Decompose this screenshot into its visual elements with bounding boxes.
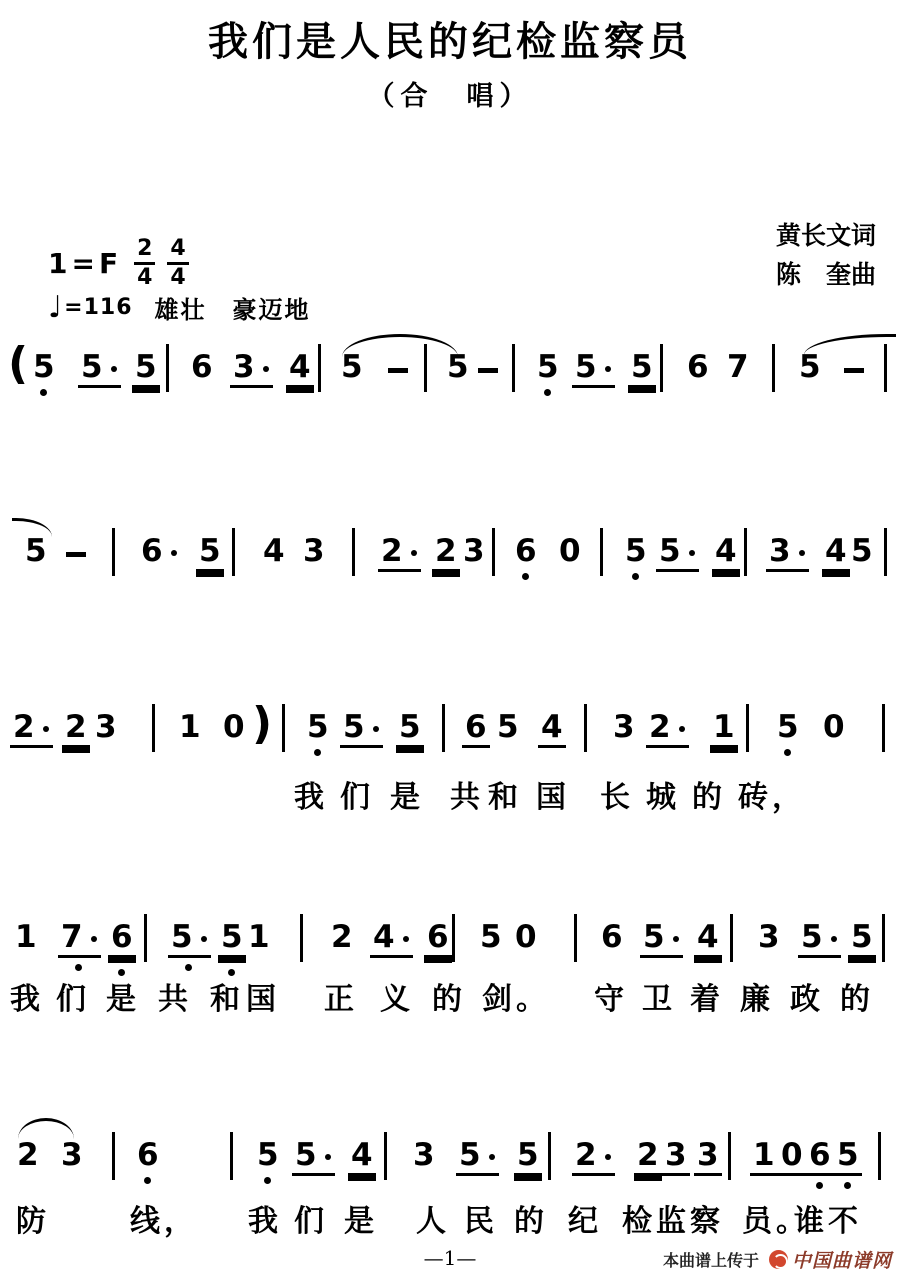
lyric-syllable: 们 [294, 1196, 328, 1240]
note-glyph: 6 [465, 712, 487, 743]
note-6: 6 [138, 536, 181, 569]
duration-dash [66, 552, 86, 557]
lyric-syllable: 是 [390, 772, 424, 816]
lyric-syllable: 廉 [740, 974, 774, 1018]
lyric-syllable: 长 [600, 772, 634, 816]
barline [384, 1132, 387, 1180]
note-3: 3 [300, 536, 328, 569]
barline [548, 1132, 551, 1180]
note-glyph: 6 [427, 922, 449, 953]
note-glyph: 6 [687, 352, 709, 383]
note-glyph: 2 [381, 536, 403, 567]
song-subtitle: （合 唱） [0, 74, 900, 113]
note-3: 3 [410, 1140, 438, 1173]
note-glyph: 5 [199, 536, 221, 567]
note-4: 4 [348, 1140, 376, 1176]
note-glyph: 4 [697, 922, 719, 953]
note-glyph: 7 [61, 922, 83, 953]
barline [730, 914, 733, 962]
note-5: 5 [534, 352, 562, 385]
note-4: 4 [712, 536, 740, 572]
note-4: 4 [822, 536, 850, 572]
note-glyph: 3 [61, 1140, 83, 1171]
barline [112, 1132, 115, 1180]
augmentation-dot [111, 366, 117, 372]
augmentation-dot [605, 366, 611, 372]
quarter-note-icon: ♩ [48, 290, 62, 325]
note-1: 1 [750, 1140, 778, 1176]
tie-arc [342, 334, 458, 357]
note-5: 5 [218, 922, 246, 958]
lyric-syllable: 国 [246, 974, 280, 1018]
note-glyph: 1 [713, 712, 735, 743]
tempo-bpm: =116 [64, 295, 132, 320]
note-0: 0 [220, 712, 248, 745]
augmentation-dot [689, 550, 695, 556]
augmentation-dot [171, 550, 177, 556]
note-6: 6 [134, 1140, 162, 1173]
note-glyph: 3 [665, 1140, 687, 1171]
note-glyph: 5 [631, 352, 653, 383]
song-title: 我们是人民的纪检监察员 [0, 10, 900, 67]
composer-credit: 陈 奎曲 [776, 255, 876, 294]
note-glyph: 5 [837, 1140, 859, 1171]
note-1: 1 [245, 922, 273, 955]
music-line-3: 22310)55565432150 [0, 698, 900, 770]
barline [230, 1132, 233, 1180]
key-signature: 1=F [48, 247, 122, 280]
lyric-syllable: 的 [432, 974, 466, 1018]
note-2: 2 [378, 536, 421, 572]
barline [492, 528, 495, 576]
lyric-syllable: 和 [210, 974, 244, 1018]
note-glyph: 2 [17, 1140, 39, 1171]
augmentation-dot [201, 936, 207, 942]
barline [452, 914, 455, 962]
note-6: 6 [108, 922, 136, 958]
note-glyph: 2 [637, 1140, 659, 1171]
barline [144, 914, 147, 962]
note-5: 5 [514, 1140, 542, 1176]
note-5: 5 [30, 352, 58, 385]
note-glyph: 6 [141, 536, 163, 567]
duration-dash [844, 368, 864, 373]
barline [512, 344, 515, 392]
note-glyph: 3 [769, 536, 791, 567]
note-glyph: 4 [715, 536, 737, 567]
lyric-syllable: 国 [536, 772, 570, 816]
note-3: 3 [230, 352, 273, 388]
note-glyph: 4 [825, 536, 847, 567]
note-6: 6 [188, 352, 216, 385]
note-glyph: 6 [191, 352, 213, 383]
note-glyph: 2 [435, 536, 457, 567]
note-5: 5 [796, 352, 824, 385]
note-6: 6 [684, 352, 712, 385]
low-octave-dot [522, 573, 529, 580]
note-glyph: 5 [25, 536, 47, 567]
lyric-syllable: 的 [692, 772, 726, 816]
note-5: 5 [572, 352, 615, 388]
note-5: 5 [132, 352, 160, 388]
barline [660, 344, 663, 392]
note-glyph: 5 [659, 536, 681, 567]
note-glyph: 2 [575, 1140, 597, 1171]
note-glyph: 4 [351, 1140, 373, 1171]
note-glyph: 5 [33, 352, 55, 383]
time-signature-2-denominator: 4 [167, 265, 188, 289]
barline [882, 914, 885, 962]
lyric-syllable: 的 [514, 1196, 548, 1240]
note-3: 3 [460, 536, 488, 569]
note-glyph: 5 [399, 712, 421, 743]
barline [166, 344, 169, 392]
lyric-syllable: 线， [130, 1196, 198, 1240]
low-octave-dot [816, 1182, 823, 1189]
note-glyph: 4 [263, 536, 285, 567]
augmentation-dot [831, 936, 837, 942]
note-glyph: 5 [81, 352, 103, 383]
note-4: 4 [370, 922, 413, 958]
duration-dash [388, 368, 408, 373]
lyric-syllable: 守 [594, 974, 628, 1018]
barline [878, 1132, 881, 1180]
time-signature-1: 2 4 [134, 238, 155, 289]
paren: ( [8, 342, 28, 386]
note-5: 5 [622, 536, 650, 569]
note-3: 3 [92, 712, 120, 745]
augmentation-dot [799, 550, 805, 556]
note-4: 4 [260, 536, 288, 569]
lyric-syllable: 我 [10, 974, 44, 1018]
note-0: 0 [820, 712, 848, 745]
note-glyph: 5 [295, 1140, 317, 1171]
note-5: 5 [848, 922, 876, 958]
lyric-syllable: 我 [248, 1196, 282, 1240]
note-7: 7 [724, 352, 752, 385]
note-5: 5 [640, 922, 683, 958]
barline [584, 704, 587, 752]
lyric-syllable: 我 [294, 772, 328, 816]
lyric-syllable: 们 [56, 974, 90, 1018]
note-glyph: 5 [221, 922, 243, 953]
augmentation-dot [411, 550, 417, 556]
time-signature-2: 4 4 [167, 238, 188, 289]
note-0: 0 [512, 922, 540, 955]
note-glyph: 1 [248, 922, 270, 953]
tie-arc [18, 1118, 74, 1139]
note-glyph: 1 [753, 1140, 775, 1171]
note-2: 2 [634, 1140, 662, 1176]
augmentation-dot [263, 366, 269, 372]
tie-arc [12, 518, 52, 537]
lyric-syllable: 检监察 [622, 1196, 724, 1240]
lyrics-line-2: 我们是共和国正义的剑。守卫着廉政的 [0, 974, 900, 1018]
augmentation-dot [373, 726, 379, 732]
note-3: 3 [610, 712, 638, 745]
barline [318, 344, 321, 392]
lyric-syllable: 城 [646, 772, 680, 816]
low-octave-dot [784, 749, 791, 756]
note-5: 5 [834, 1140, 862, 1176]
music-line-1: (55563455555675 [0, 338, 900, 410]
low-octave-dot [40, 389, 47, 396]
note-glyph: 2 [13, 712, 35, 743]
score-page: 我们是人民的纪检监察员 （合 唱） 黄长文词 陈 奎曲 1=F 2 4 4 4 … [0, 0, 900, 1277]
note-3: 3 [58, 1140, 86, 1173]
tie-arc [804, 334, 896, 355]
note-glyph: 2 [331, 922, 353, 953]
note-5: 5 [254, 1140, 282, 1173]
note-glyph: 0 [223, 712, 245, 743]
lyric-syllable: 人 [416, 1196, 450, 1240]
lyric-syllable: 的 [840, 974, 874, 1018]
low-octave-dot [75, 964, 82, 971]
note-2: 2 [62, 712, 90, 748]
note-glyph: 5 [171, 922, 193, 953]
note-1: 1 [710, 712, 738, 748]
note-3: 3 [766, 536, 809, 572]
note-glyph: 4 [373, 922, 395, 953]
note-2: 2 [10, 712, 53, 748]
note-5: 5 [292, 1140, 335, 1176]
low-octave-dot [185, 964, 192, 971]
note-glyph: 5 [777, 712, 799, 743]
note-6: 6 [424, 922, 452, 958]
note-glyph: 0 [781, 1140, 803, 1171]
lyric-syllable: 共 [158, 974, 192, 1018]
augmentation-dot [43, 726, 49, 732]
note-5: 5 [456, 1140, 499, 1176]
note-2: 2 [328, 922, 356, 955]
note-4: 4 [694, 922, 722, 958]
note-6: 6 [512, 536, 540, 569]
lyric-syllable: 和 [488, 772, 522, 816]
note-5: 5 [774, 712, 802, 745]
upload-note: 本曲谱上传于 [663, 1248, 759, 1271]
note-glyph: 5 [497, 712, 519, 743]
barline [112, 528, 115, 576]
note-3: 3 [694, 1140, 722, 1176]
note-5: 5 [656, 536, 699, 572]
note-5: 5 [848, 536, 876, 569]
note-glyph: 0 [515, 922, 537, 953]
lyrics-line-1: 我们是共和国长城的砖， [0, 772, 900, 816]
note-glyph: ) [252, 702, 272, 746]
note-glyph: 5 [643, 922, 665, 953]
note-5: 5 [168, 922, 211, 958]
lyric-syllable: 剑。 [482, 974, 550, 1018]
note-glyph: 6 [809, 1140, 831, 1171]
note-6: 6 [598, 922, 626, 955]
time-signature-1-denominator: 4 [134, 265, 155, 289]
lyric-syllable: 砖， [738, 772, 806, 816]
lyric-syllable: 是 [344, 1196, 378, 1240]
note-glyph: 2 [649, 712, 671, 743]
lyric-syllable: 纪 [568, 1196, 602, 1240]
note-3: 3 [755, 922, 783, 955]
note-2: 2 [14, 1140, 42, 1173]
augmentation-dot [489, 1154, 495, 1160]
note-glyph: 5 [851, 922, 873, 953]
note-glyph: 3 [697, 1140, 719, 1171]
note-5: 5 [22, 536, 50, 569]
note-3: 3 [662, 1140, 690, 1176]
barline [728, 1132, 731, 1180]
credits: 黄长文词 陈 奎曲 [776, 216, 876, 294]
barline [772, 344, 775, 392]
lyric-syllable: 是 [106, 974, 140, 1018]
note-2: 2 [432, 536, 460, 572]
note-glyph: 5 [307, 712, 329, 743]
note-2: 2 [646, 712, 689, 748]
barline [300, 914, 303, 962]
time-signature-1-numerator: 2 [134, 238, 155, 265]
note-2: 2 [572, 1140, 615, 1176]
barline [746, 704, 749, 752]
duration-dash [478, 368, 498, 373]
site-credit: 本曲谱上传于 中国曲谱网 [663, 1246, 892, 1273]
note-6: 6 [462, 712, 490, 748]
barline [884, 528, 887, 576]
barline [152, 704, 155, 752]
barline [882, 704, 885, 752]
note-glyph: 5 [343, 712, 365, 743]
note-glyph: 3 [303, 536, 325, 567]
note-glyph: 5 [257, 1140, 279, 1171]
note-glyph: 3 [95, 712, 117, 743]
key-line: 1=F 2 4 4 4 [48, 238, 189, 289]
note-glyph: 7 [727, 352, 749, 383]
note-glyph: 3 [233, 352, 255, 383]
low-octave-dot [632, 573, 639, 580]
note-glyph: 6 [137, 1140, 159, 1171]
note-5: 5 [340, 712, 383, 748]
lyric-syllable: 正 [324, 974, 358, 1018]
lyric-syllable: 谁不 [794, 1196, 862, 1240]
note-0: 0 [556, 536, 584, 569]
music-line-2: 5654322360554345 [0, 522, 900, 594]
note-glyph: 5 [575, 352, 597, 383]
note-glyph: 0 [823, 712, 845, 743]
note-glyph: 1 [15, 922, 37, 953]
augmentation-dot [403, 936, 409, 942]
note-glyph: 1 [179, 712, 201, 743]
augmentation-dot [605, 1154, 611, 1160]
lyric-syllable: 义 [380, 974, 414, 1018]
lyric-syllable: 共 [450, 772, 484, 816]
note-glyph: 5 [799, 352, 821, 383]
note-5: 5 [628, 352, 656, 388]
music-line-5: 23655435522331065 [0, 1126, 900, 1198]
note-glyph: 5 [625, 536, 647, 567]
note-1: 1 [12, 922, 40, 955]
note-glyph: 5 [135, 352, 157, 383]
note-5: 5 [477, 922, 505, 955]
low-octave-dot [544, 389, 551, 396]
music-line-4: 17655124650654355 [0, 908, 900, 980]
note-4: 4 [286, 352, 314, 388]
barline [352, 528, 355, 576]
lyricist-credit: 黄长文词 [776, 216, 876, 255]
note-4: 4 [538, 712, 566, 748]
tempo-expression: 雄壮 豪迈地 [155, 290, 311, 325]
low-octave-dot [144, 1177, 151, 1184]
time-signature-2-numerator: 4 [167, 238, 188, 265]
note-5: 5 [304, 712, 332, 745]
augmentation-dot [91, 936, 97, 942]
note-glyph: 3 [613, 712, 635, 743]
note-glyph: 5 [480, 922, 502, 953]
barline [442, 704, 445, 752]
note-1: 1 [176, 712, 204, 745]
tempo-line: ♩ =116 雄壮 豪迈地 [48, 290, 311, 325]
barline [744, 528, 747, 576]
note-6: 6 [806, 1140, 834, 1176]
low-octave-dot [264, 1177, 271, 1184]
note-glyph: 5 [801, 922, 823, 953]
site-name: 中国曲谱网 [792, 1246, 892, 1273]
note-glyph: 5 [517, 1140, 539, 1171]
note-glyph: 4 [541, 712, 563, 743]
note-5: 5 [78, 352, 121, 388]
note-glyph: 5 [537, 352, 559, 383]
lyric-syllable: 着 [690, 974, 724, 1018]
lyric-syllable: 们 [340, 772, 374, 816]
note-5: 5 [396, 712, 424, 748]
note-glyph: 5 [851, 536, 873, 567]
note-glyph: 5 [459, 1140, 481, 1171]
lyric-syllable: 防 [16, 1196, 50, 1240]
note-glyph: 3 [463, 536, 485, 567]
barline [232, 528, 235, 576]
note-glyph: 6 [111, 922, 133, 953]
barline [600, 528, 603, 576]
lyric-syllable: 卫 [642, 974, 676, 1018]
note-glyph: 6 [515, 536, 537, 567]
note-glyph: ( [8, 342, 28, 386]
note-5: 5 [798, 922, 841, 958]
note-glyph: 3 [758, 922, 780, 953]
note-glyph: 3 [413, 1140, 435, 1171]
note-glyph: 4 [289, 352, 311, 383]
site-logo-icon [769, 1250, 788, 1269]
augmentation-dot [679, 726, 685, 732]
lyric-syllable: 政 [790, 974, 824, 1018]
note-0: 0 [778, 1140, 806, 1176]
note-5: 5 [196, 536, 224, 572]
augmentation-dot [673, 936, 679, 942]
lyrics-line-3: 防线，我们是人民的纪检监察员。谁不 [0, 1196, 900, 1240]
barline [574, 914, 577, 962]
note-7: 7 [58, 922, 101, 958]
paren: ) [252, 702, 272, 746]
low-octave-dot [314, 749, 321, 756]
augmentation-dot [325, 1154, 331, 1160]
low-octave-dot [844, 1182, 851, 1189]
lyric-syllable: 民 [464, 1196, 498, 1240]
note-glyph: 0 [559, 536, 581, 567]
note-glyph: 6 [601, 922, 623, 953]
note-glyph: 2 [65, 712, 87, 743]
note-5: 5 [494, 712, 522, 745]
barline [282, 704, 285, 752]
